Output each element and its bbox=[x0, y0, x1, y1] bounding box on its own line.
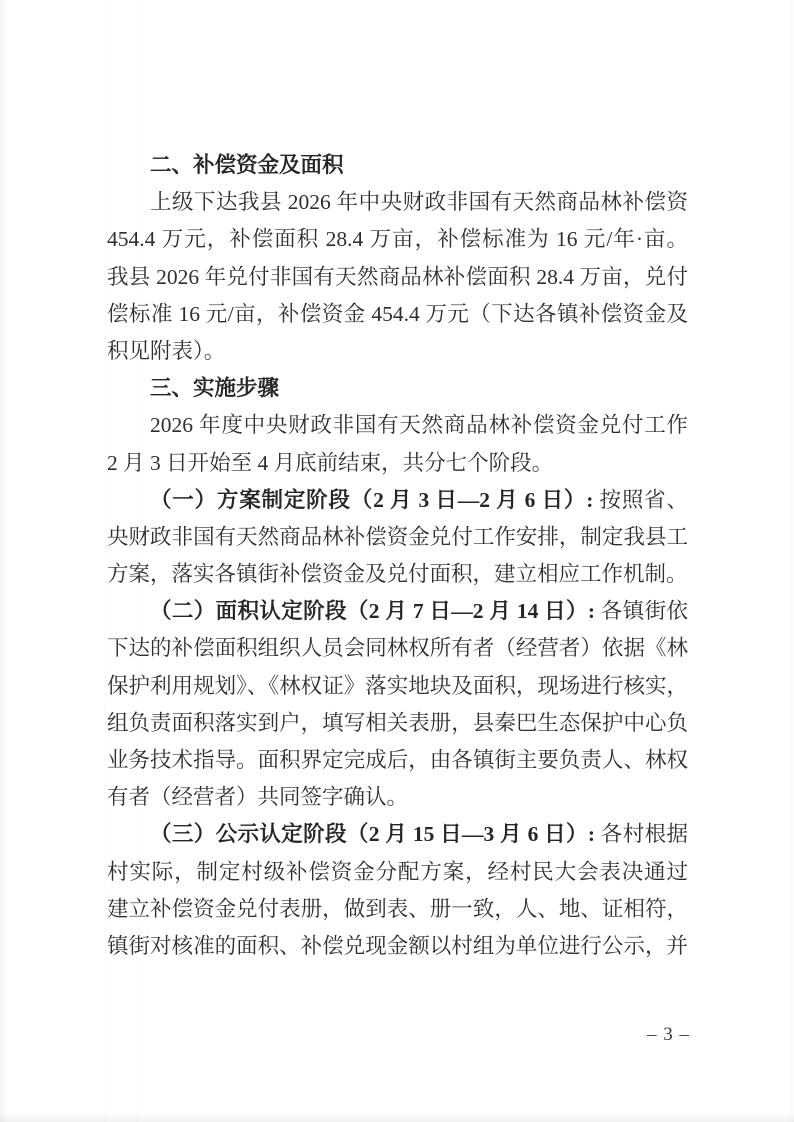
paragraph-line: 方案，落实各镇街补偿资金及兑付面积，建立相应工作机制。 bbox=[107, 556, 688, 593]
paragraph-line: 央财政非国有天然商品林补偿资金兑付工作安排，制定我县工作 bbox=[107, 519, 688, 556]
paragraph-line: 建立补偿资金兑付表册，做到表、册一致，人、地、证相符，各 bbox=[107, 891, 688, 928]
document-page: 二、补偿资金及面积 上级下达我县 2026 年中央财政非国有天然商品林补偿资金 … bbox=[0, 0, 794, 1122]
paragraph-line: 下达的补偿面积组织人员会同林权所有者（经营者）依据《林地 bbox=[107, 630, 688, 667]
paragraph-line: 454.4 万元，补偿面积 28.4 万亩，补偿标准为 16 元/年·亩。 bbox=[107, 221, 688, 258]
paragraph-line: 业务技术指导。面积界定完成后，由各镇街主要负责人、林权所 bbox=[107, 742, 688, 779]
paragraph-line: 2 月 3 日开始至 4 月底前结束，共分七个阶段。 bbox=[107, 445, 688, 482]
section-heading-funds-area: 二、补偿资金及面积 bbox=[107, 147, 688, 184]
paragraph-line: 有者（经营者）共同签字确认。 bbox=[107, 779, 688, 816]
paragraph-line: 偿标准 16 元/亩，补偿资金 454.4 万元（下达各镇补偿资金及面 bbox=[107, 296, 688, 333]
paragraph-line: 镇街对核准的面积、补偿兑现金额以村组为单位进行公示，并保 bbox=[107, 928, 688, 965]
stage-label-public-notice: （三）公示认定阶段（2 月 15 日—3 月 6 日）: bbox=[150, 822, 595, 846]
paragraph-line: 我县 2026 年兑付非国有天然商品林补偿面积 28.4 万亩，兑付补 bbox=[107, 259, 688, 296]
page-number: – 3 – bbox=[0, 1022, 690, 1048]
stage-label-plan-formulation: （一）方案制定阶段（2 月 3 日—2 月 6 日）: bbox=[150, 488, 593, 512]
paragraph-line: （一）方案制定阶段（2 月 3 日—2 月 6 日）: 按照省、市中 bbox=[107, 482, 688, 519]
paragraph-line: 上级下达我县 2026 年中央财政非国有天然商品林补偿资金 bbox=[107, 184, 688, 221]
paragraph-line: 2026 年度中央财政非国有天然商品林补偿资金兑付工作从 bbox=[107, 407, 688, 444]
paragraph-line: 积见附表）。 bbox=[107, 333, 688, 370]
paragraph-line: （三）公示认定阶段（2 月 15 日—3 月 6 日）: 各村根据本 bbox=[107, 816, 688, 853]
paragraph-line: 村实际，制定村级补偿资金分配方案，经村民大会表决通过后， bbox=[107, 854, 688, 891]
document-body: 二、补偿资金及面积 上级下达我县 2026 年中央财政非国有天然商品林补偿资金 … bbox=[107, 147, 688, 965]
paragraph-line: 保护利用规划》、《林权证》落实地块及面积，现场进行核实，村、 bbox=[107, 668, 688, 705]
scan-streak bbox=[105, 0, 106, 1122]
paragraph-line: 组负责面积落实到户，填写相关表册，县秦巴生态保护中心负责 bbox=[107, 705, 688, 742]
section-heading-implementation-steps: 三、实施步骤 bbox=[107, 370, 688, 407]
paragraph-line: （二）面积认定阶段（2 月 7 日—2 月 14 日）: 各镇街依据 bbox=[107, 593, 688, 630]
stage-label-area-determination: （二）面积认定阶段（2 月 7 日—2 月 14 日）: bbox=[150, 599, 595, 623]
